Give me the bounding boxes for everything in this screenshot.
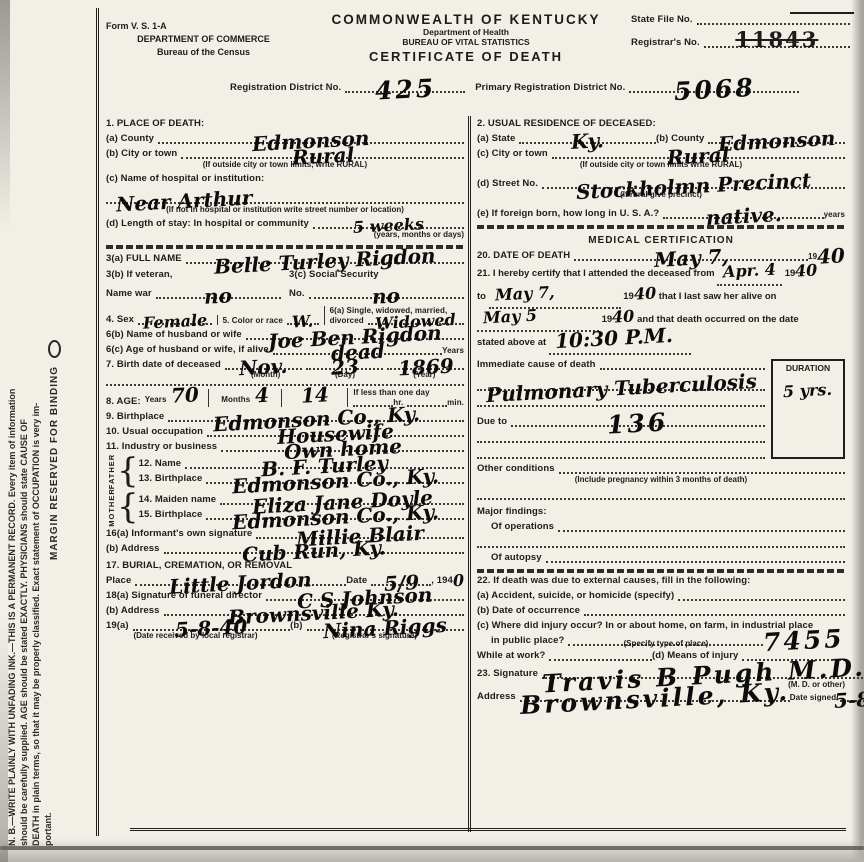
blank-line xyxy=(477,536,845,548)
physician-signature-field: 23. Signature Travis B Pugh M.D. xyxy=(477,668,845,679)
veteran-value: no xyxy=(204,290,232,301)
veteran-name-label: Name war xyxy=(106,288,152,299)
right-column: 2. USUAL RESIDENCE OF DECEASED: (a) Stat… xyxy=(477,118,845,702)
to-text: to xyxy=(477,291,486,302)
reg-district-value: 425 xyxy=(374,83,436,96)
father-side-label: FATHER xyxy=(107,453,116,488)
burial-year-handwritten: 0 xyxy=(453,576,465,587)
seen-year-value: 40 xyxy=(612,311,635,322)
physician-address-value: Brownsville, Ky. xyxy=(520,687,790,711)
section-separator xyxy=(477,569,845,573)
certificate-title: CERTIFICATE OF DEATH xyxy=(301,49,631,64)
father-birthplace-field: 13. Birthplace Edmonson Co., Ky. xyxy=(139,473,464,484)
dod-year-value: 40 xyxy=(817,250,845,261)
scanned-death-certificate: N. B.—WRITE PLAINLY WITH UNFADING INK.—T… xyxy=(0,0,864,862)
physician-signature-label: 23. Signature xyxy=(477,668,538,679)
received-label: 19(a) xyxy=(106,620,129,631)
external-causes-title: 22. If death was due to external causes,… xyxy=(477,575,845,586)
public-place-label: in public place? xyxy=(491,635,564,646)
state-county-row: (a) State Ky. (b) County Edmonson xyxy=(477,133,845,144)
state-value: Ky. xyxy=(571,135,604,147)
sex-label: 4. Sex xyxy=(106,314,134,325)
residence-city-value: Rural xyxy=(667,149,730,162)
binding-margin-label: MARGIN RESERVED FOR BINDING xyxy=(48,260,61,560)
form-number: Form V. S. 1-A xyxy=(106,20,301,33)
industry-field: 11. Industry or business Own home xyxy=(106,441,464,452)
date-of-death-value: May 7, xyxy=(654,251,729,265)
blank-line xyxy=(477,488,845,500)
bureau-vital-statistics: BUREAU OF VITAL STATISTICS xyxy=(301,37,631,47)
age-less-label: If less than one day xyxy=(353,388,464,397)
father-brace: { xyxy=(117,454,139,488)
department-of-commerce: DEPARTMENT OF COMMERCE xyxy=(106,33,301,46)
county-field: (a) County Edmonson xyxy=(106,133,464,144)
while-at-work-label: While at work? xyxy=(477,650,545,661)
mother-side-label: MOTHER xyxy=(107,488,116,527)
birth-day-value: 23 xyxy=(330,361,358,372)
bureau-of-census: Bureau of the Census xyxy=(106,46,301,59)
from-year-printed: 19 xyxy=(785,268,796,279)
foreign-born-value: native. xyxy=(705,209,781,223)
age-label: 8. AGE: xyxy=(106,396,141,407)
duration-value: 5 yrs. xyxy=(783,385,832,398)
burial-place-label: Place xyxy=(106,575,131,586)
date-signed-label: Date signed xyxy=(790,693,836,702)
residence-county-value: Edmonson xyxy=(718,133,836,149)
duration-label: DURATION xyxy=(775,363,841,373)
margin-note-line: N. B.—WRITE PLAINLY WITH UNFADING INK.—T… xyxy=(6,10,18,846)
mother-name-label: 14. Maiden name xyxy=(139,494,217,505)
medical-certification-title: MEDICAL CERTIFICATION xyxy=(477,235,845,246)
registrar-no-label: Registrar's No. xyxy=(631,37,700,48)
informant-address-label: (b) Address xyxy=(106,543,160,554)
father-name-label: 12. Name xyxy=(139,458,182,469)
street-label: (d) Street No. xyxy=(477,178,538,189)
binding-hole-icon xyxy=(48,340,61,358)
stay-value: 5 weeks xyxy=(353,219,424,233)
form-id-block: Form V. S. 1-A DEPARTMENT OF COMMERCE Bu… xyxy=(106,12,301,64)
file-number-block: State File No. Registrar's No. 11843 xyxy=(631,12,850,64)
foreign-born-field: (e) If foreign born, how long in U. S. A… xyxy=(477,208,845,219)
state-label: (a) State xyxy=(477,133,515,144)
marital-label2: divorced xyxy=(330,316,364,325)
form-left-border xyxy=(96,8,99,836)
scan-edge-line xyxy=(0,846,864,850)
age-years-label: Years xyxy=(145,395,167,404)
age-years-value: 70 xyxy=(171,389,199,400)
autopsy-label: Of autopsy xyxy=(491,552,542,563)
registrar-no-value: 11843 xyxy=(735,27,818,52)
attended-to-value: May 7, xyxy=(494,287,554,300)
street-field: (d) Street No. Stockholmn Precinct xyxy=(477,178,845,189)
occupation-field: 10. Usual occupation Housewife xyxy=(106,426,464,437)
title-block: COMMONWEALTH OF KENTUCKY Department of H… xyxy=(301,12,631,64)
physician-address-label: Address xyxy=(477,691,516,702)
from-year-value: 40 xyxy=(795,265,818,276)
birthdate-field: 7. Birth date of deceased Nov. 23 1869 xyxy=(106,359,464,370)
informant-address-value: Cub Run, Ky. xyxy=(242,542,386,560)
operations-label: Of operations xyxy=(491,521,554,532)
injury-code-value: 7455 xyxy=(763,634,845,648)
due-to-value: 136 xyxy=(607,417,669,430)
fullname-label: 3(a) FULL NAME xyxy=(106,253,182,264)
birth-year-value: 1869 xyxy=(397,361,453,374)
stay-field: (d) Length of stay: In hospital or commu… xyxy=(106,218,464,229)
section-separator xyxy=(477,225,845,229)
department-of-health: Department of Health xyxy=(301,27,631,37)
seen-year-printed: 19 xyxy=(602,314,613,325)
physician-address-field: Address Brownsville, Ky. Date signed 5-8… xyxy=(477,691,845,702)
primary-district-label: Primary Registration District No. xyxy=(475,82,625,93)
injury-place-note: (Specify type of place) xyxy=(623,639,708,648)
duration-box: DURATION 5 yrs. xyxy=(771,359,845,459)
hospital-value: Near Arthur xyxy=(116,192,253,209)
age-days-value: 14 xyxy=(301,389,329,400)
foreign-years-label: years xyxy=(824,210,845,219)
to-year-value: 40 xyxy=(634,288,657,299)
operations-field: Of operations xyxy=(477,521,845,532)
primary-district-value: 5068 xyxy=(673,83,755,97)
county-label: (a) County xyxy=(106,133,154,144)
commonwealth-title: COMMONWEALTH OF KENTUCKY xyxy=(301,12,631,27)
color-race-label: 5. Color or race xyxy=(223,316,283,325)
autopsy-field: Of autopsy xyxy=(477,552,845,563)
birth-month-value: Nov. xyxy=(239,361,288,374)
received-date-value: 5-8-40 xyxy=(175,621,248,635)
last-seen-value: May 5 xyxy=(483,311,538,324)
informant-label: 16(a) Informant's own signature xyxy=(106,528,252,539)
city-label: (b) City or town xyxy=(106,148,177,159)
stay-label: (d) Length of stay: In hospital or commu… xyxy=(106,218,309,229)
burial-date-label: Date xyxy=(346,575,367,586)
margin-note-line: should be carefully supplied. AGE should… xyxy=(18,10,30,846)
director-address-label: (b) Address xyxy=(106,605,160,616)
attended-from-value: Apr. 4 xyxy=(723,265,776,278)
state-file-label: State File No. xyxy=(631,14,693,25)
burial-year-printed: , 194 xyxy=(431,575,453,586)
stated-above-text: stated above at xyxy=(477,337,546,348)
mother-birthplace-field: 15. Birthplace Edmonson Co., Ky. xyxy=(139,509,464,520)
hospital-field: (c) Name of hospital or institution: xyxy=(106,173,464,184)
fullname-field: 3(a) FULL NAME Belle Turley Rigdon xyxy=(106,253,464,264)
date-of-death-label: 20. DATE OF DEATH xyxy=(477,250,570,261)
binding-label-text: MARGIN RESERVED FOR BINDING xyxy=(49,366,60,560)
occurrence-label: (b) Date of occurrence xyxy=(477,605,580,616)
last-seen-text: that I last saw her alive on xyxy=(659,291,777,302)
mother-birthplace-label: 15. Birthplace xyxy=(139,509,203,520)
time-of-death-value: 10:30 P.M. xyxy=(555,330,673,346)
accident-label: (a) Accident, suicide, or homicide (spec… xyxy=(477,590,674,601)
other-conditions-note: (Include pregnancy within 3 months of de… xyxy=(575,475,747,484)
mother-group: MOTHER { 14. Maiden name Eliza Jane Doyl… xyxy=(106,490,464,524)
other-conditions-field: Other conditions xyxy=(477,463,845,474)
color-race-value: W. xyxy=(292,316,314,327)
ss-value: no xyxy=(372,290,400,301)
blank-line xyxy=(477,447,765,459)
registrar-signature-value: Nina Riggs xyxy=(323,620,447,636)
place-of-death-title: 1. PLACE OF DEATH: xyxy=(106,118,464,129)
sex-value: Female xyxy=(143,315,208,328)
age-months-label: Months xyxy=(221,395,250,404)
registration-district-row: Registration District No. 425 Primary Re… xyxy=(230,82,840,93)
scan-edge-bottom xyxy=(0,838,864,862)
date-of-death-field: 20. DATE OF DEATH May 7, 1940 xyxy=(477,250,845,261)
occurrence-field: (b) Date of occurrence xyxy=(477,605,845,616)
occupation-label: 10. Usual occupation xyxy=(106,426,203,437)
residence-city-label: (c) City or town xyxy=(477,148,548,159)
state-file-blank xyxy=(697,15,850,25)
margin-note-line: DEATH in plain terms, so that it may be … xyxy=(30,10,42,846)
accident-field: (a) Accident, suicide, or homicide (spec… xyxy=(477,590,845,601)
other-conditions-label: Other conditions xyxy=(477,463,555,474)
attendance-certification: 21. I hereby certify that I attended the… xyxy=(477,263,845,355)
hospital-label: (c) Name of hospital or institution: xyxy=(106,173,264,184)
left-column: 1. PLACE OF DEATH: (a) County Edmonson (… xyxy=(106,118,464,640)
form-bottom-border xyxy=(130,828,846,831)
cause-of-death-block: Immediate cause of death Pulmonary Tuber… xyxy=(477,359,845,459)
spouse-age-label: 6(c) Age of husband or wife, if alive xyxy=(106,344,269,355)
age-months-value: 4 xyxy=(255,390,269,401)
residence-county-label: (b) County xyxy=(656,133,705,144)
birthdate-label: 7. Birth date of deceased xyxy=(106,359,221,370)
birthplace-label: 9. Birthplace xyxy=(106,411,164,422)
injury-place-field: in public place? (Specify type of place)… xyxy=(477,635,845,646)
fullname-value: Belle Turley Rigdon xyxy=(214,250,436,272)
immediate-cause-label: Immediate cause of death xyxy=(477,359,596,370)
major-findings-label: Major findings: xyxy=(477,506,845,517)
scan-edge-right xyxy=(851,0,864,862)
city-value: Rural xyxy=(291,149,354,162)
father-group: FATHER { 12. Name B. F. Turley 13. Birth… xyxy=(106,454,464,488)
margin-note: N. B.—WRITE PLAINLY WITH UNFADING INK.—T… xyxy=(6,10,54,846)
ss-no-label: No. xyxy=(289,288,305,299)
date-signed-value: 5-8-40 xyxy=(834,692,864,706)
reg-district-label: Registration District No. xyxy=(230,82,341,93)
due-to-label: Due to xyxy=(477,416,507,427)
to-year-printed: 19 xyxy=(623,291,634,302)
burial-place-value: Little Jordon xyxy=(169,574,312,591)
mother-brace: { xyxy=(117,490,139,524)
birthplace-field: 9. Birthplace Edmonson Co., Ky. xyxy=(106,411,464,422)
foreign-born-label: (e) If foreign born, how long in U. S. A… xyxy=(477,208,659,219)
father-birthplace-label: 13. Birthplace xyxy=(139,473,203,484)
column-divider xyxy=(468,116,471,832)
certificate-header: Form V. S. 1-A DEPARTMENT OF COMMERCE Bu… xyxy=(106,12,850,64)
min-label: min. xyxy=(447,398,464,407)
